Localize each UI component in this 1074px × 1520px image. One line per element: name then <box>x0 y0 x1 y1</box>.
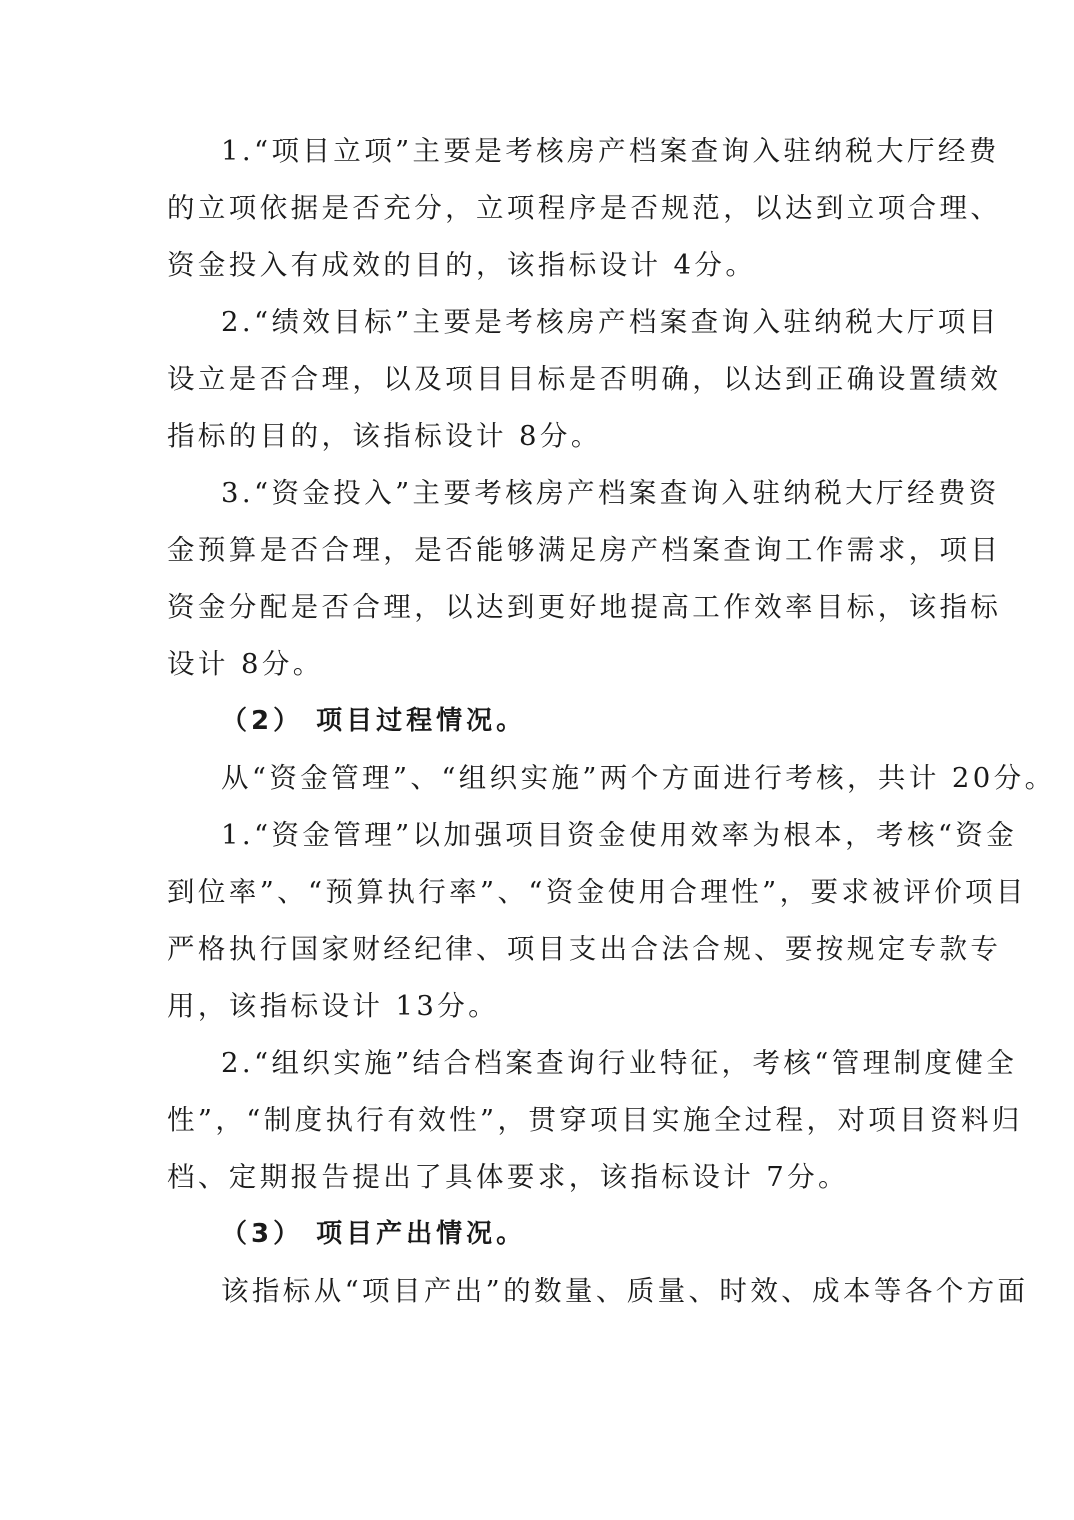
text-line: 指标的目的，该指标设计 8分。 <box>167 413 915 470</box>
text-line: 严格执行国家财经纪律、项目支出合法合规、要按规定专款专 <box>167 926 915 983</box>
text-line: 金预算是否合理，是否能够满足房产档案查询工作需求，项目 <box>167 527 915 584</box>
text-line: 到位率”、“预算执行率”、“资金使用合理性”，要求被评价项目 <box>167 869 915 926</box>
text-line: 1.“资金管理”以加强项目资金使用效率为根本，考核“资金 <box>167 812 915 869</box>
text-line: 的立项依据是否充分，立项程序是否规范，以达到立项合理、 <box>167 185 915 242</box>
paragraph-project-approval: 1.“项目立项”主要是考核房产档案查询入驻纳税大厅经费 的立项依据是否充分，立项… <box>167 128 915 299</box>
text-line: 设计 8分。 <box>167 641 915 698</box>
paragraph-output-intro: 该指标从“项目产出”的数量、质量、时效、成本等各个方面 <box>167 1268 915 1325</box>
paragraph-process-intro: 从“资金管理”、“组织实施”两个方面进行考核，共计 20分。 <box>167 755 915 812</box>
text-line: 2.“绩效目标”主要是考核房产档案查询入驻纳税大厅项目 <box>167 299 915 356</box>
paragraph-organization-implementation: 2.“组织实施”结合档案查询行业特征，考核“管理制度健全 性”，“制度执行有效性… <box>167 1040 915 1211</box>
section-heading-process: （2） 项目过程情况。 <box>167 698 915 755</box>
text-line: 档、定期报告提出了具体要求，该指标设计 7分。 <box>167 1154 915 1211</box>
paragraph-performance-goal: 2.“绩效目标”主要是考核房产档案查询入驻纳税大厅项目 设立是否合理，以及项目目… <box>167 299 915 470</box>
text-line: 3.“资金投入”主要考核房产档案查询入驻纳税大厅经费资 <box>167 470 915 527</box>
paragraph-fund-management: 1.“资金管理”以加强项目资金使用效率为根本，考核“资金 到位率”、“预算执行率… <box>167 812 915 1040</box>
document-body: 1.“项目立项”主要是考核房产档案查询入驻纳税大厅经费 的立项依据是否充分，立项… <box>167 128 915 1325</box>
text-line: 从“资金管理”、“组织实施”两个方面进行考核，共计 20分。 <box>167 755 915 812</box>
text-line: 1.“项目立项”主要是考核房产档案查询入驻纳税大厅经费 <box>167 128 915 185</box>
text-line: 性”，“制度执行有效性”，贯穿项目实施全过程，对项目资料归 <box>167 1097 915 1154</box>
paragraph-fund-input: 3.“资金投入”主要考核房产档案查询入驻纳税大厅经费资 金预算是否合理，是否能够… <box>167 470 915 698</box>
document-page: 1.“项目立项”主要是考核房产档案查询入驻纳税大厅经费 的立项依据是否充分，立项… <box>0 0 1074 1520</box>
text-line: 用，该指标设计 13分。 <box>167 983 915 1040</box>
section-heading-output: （3） 项目产出情况。 <box>167 1211 915 1268</box>
text-line: 资金投入有成效的目的，该指标设计 4分。 <box>167 242 915 299</box>
text-line: 资金分配是否合理，以达到更好地提高工作效率目标，该指标 <box>167 584 915 641</box>
text-line: 2.“组织实施”结合档案查询行业特征，考核“管理制度健全 <box>167 1040 915 1097</box>
section-heading: （2） 项目过程情况。 <box>167 698 915 755</box>
text-line: 该指标从“项目产出”的数量、质量、时效、成本等各个方面 <box>167 1268 915 1325</box>
section-heading: （3） 项目产出情况。 <box>167 1211 915 1268</box>
text-line: 设立是否合理，以及项目目标是否明确，以达到正确设置绩效 <box>167 356 915 413</box>
